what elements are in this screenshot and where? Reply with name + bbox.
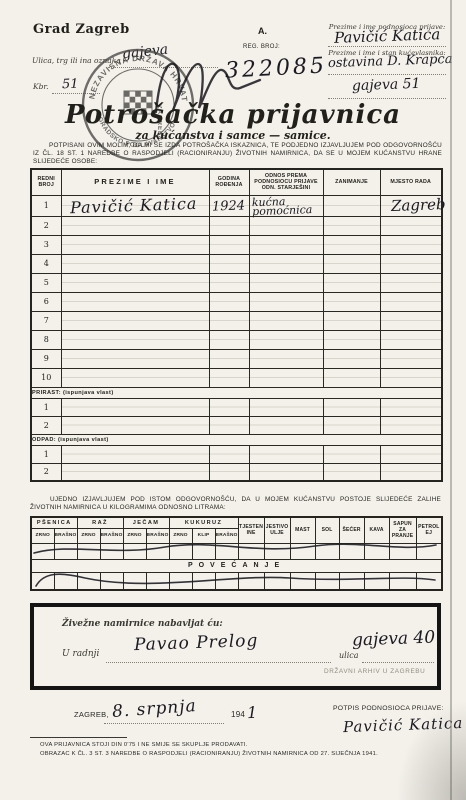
odpad-band-row: ODPAD: (ispunjava vlast) xyxy=(31,434,442,445)
cell xyxy=(380,463,442,481)
cell xyxy=(249,398,323,416)
member-row: 2 xyxy=(31,216,442,235)
cell xyxy=(209,273,249,292)
cell xyxy=(209,235,249,254)
row-number: 10 xyxy=(31,368,61,387)
cell xyxy=(323,311,380,330)
kbr-label: Kbr. xyxy=(33,82,49,91)
odpad-row: 1 xyxy=(31,445,442,463)
row-number: 9 xyxy=(31,349,61,368)
date-writing-line xyxy=(104,723,224,724)
cell xyxy=(61,445,209,463)
cell xyxy=(380,216,442,235)
row-number: 2 xyxy=(31,416,61,434)
cell-name: Pavičić Katica xyxy=(61,195,209,216)
col-header-prezime: PREZIME I IME xyxy=(61,169,209,195)
row-number: 5 xyxy=(31,273,61,292)
scan-corner-smudge xyxy=(396,700,466,800)
cell xyxy=(249,368,323,387)
date-handwriting: 8. srpnja xyxy=(111,696,197,722)
prirast-label: PRIRAST: (ispunjava vlast) xyxy=(31,387,442,398)
col-header-mjesto: MJESTO RADA xyxy=(380,169,442,195)
table-header-row: REDNI BROJ PREZIME I IME GODINA ROĐENJA … xyxy=(31,169,442,195)
cell xyxy=(61,235,209,254)
member-row: 7 xyxy=(31,311,442,330)
footer-note-form: OBRAZAC K ČL. 3 ST. 3 NAREDBE O RASPODJE… xyxy=(40,750,450,759)
cell xyxy=(323,292,380,311)
street2-handwriting: gajeva 40 xyxy=(352,628,436,651)
shop-writing-line xyxy=(106,662,331,663)
cell xyxy=(380,254,442,273)
cell xyxy=(380,330,442,349)
cell xyxy=(323,398,380,416)
cell xyxy=(249,254,323,273)
supplies-declaration-text: UJEDNO IZJAVLJUJEM POD ISTOM ODGOVORNOŠĆ… xyxy=(30,496,441,512)
landlord-writing-line xyxy=(328,74,446,75)
cell xyxy=(380,445,442,463)
cell xyxy=(249,292,323,311)
member-row: 6 xyxy=(31,292,442,311)
row-number: 6 xyxy=(31,292,61,311)
cell xyxy=(209,311,249,330)
street2-writing-line xyxy=(362,662,434,663)
crossed-out-line xyxy=(30,539,441,561)
row-number: 1 xyxy=(31,195,61,216)
shop-handwriting: Pavao Prelog xyxy=(134,631,259,655)
cell xyxy=(61,349,209,368)
cell xyxy=(249,311,323,330)
procurement-box: Živežne namirnice nabavljat ću: U radnji… xyxy=(30,603,441,690)
cell-workplace: Zagreb xyxy=(380,195,442,216)
cell xyxy=(323,416,380,434)
cell xyxy=(209,349,249,368)
cell xyxy=(249,445,323,463)
cell xyxy=(380,416,442,434)
declaration-text: POTPISANI OVIM MOLIM, DA MI SE IZDA POTR… xyxy=(33,142,442,167)
col-header-odnos: ODNOS PREMA PODNOSIOCU PRIJAVE ODN. STAR… xyxy=(249,169,323,195)
cell xyxy=(209,368,249,387)
landlord-handwriting: ostavina D. Krapca xyxy=(328,52,453,71)
member-row: 3 xyxy=(31,235,442,254)
cell xyxy=(323,368,380,387)
cell xyxy=(323,254,380,273)
cell xyxy=(380,235,442,254)
footer-rule xyxy=(30,737,127,738)
cell xyxy=(249,416,323,434)
household-members-table: REDNI BROJ PREZIME I IME GODINA ROĐENJA … xyxy=(30,168,443,482)
cell xyxy=(61,311,209,330)
scan-edge-line xyxy=(450,0,452,800)
cell xyxy=(61,398,209,416)
member-row: 5 xyxy=(31,273,442,292)
footer-note-price: OVA PRIJAVNICA STOJI DIN 0'75 I NE SMIJE… xyxy=(40,741,440,750)
row-number: 7 xyxy=(31,311,61,330)
cell xyxy=(61,292,209,311)
col-header-rednibroj: REDNI BROJ xyxy=(31,169,61,195)
shop-label: U radnji xyxy=(62,649,99,659)
cell xyxy=(323,463,380,481)
cell xyxy=(380,292,442,311)
col-header-zanimanje: ZANIMANJE xyxy=(323,169,380,195)
member-year-handwriting: 1924 xyxy=(211,198,245,214)
cell xyxy=(209,292,249,311)
cell xyxy=(380,368,442,387)
row-number: 1 xyxy=(31,398,61,416)
landlord-address-line xyxy=(328,98,446,99)
member-row: 1 Pavičić Katica 1924 kućna pomoćnica Za… xyxy=(31,195,442,216)
year-handwriting: 1 xyxy=(247,703,258,722)
cell xyxy=(323,349,380,368)
form-subtitle: za kućanstva i samce — samice. xyxy=(0,129,466,142)
cell xyxy=(249,235,323,254)
form-title: Potrošačka prijavnica xyxy=(0,100,466,130)
cell-relation: kućna pomoćnica xyxy=(249,195,323,216)
row-number: 8 xyxy=(31,330,61,349)
year-prefix: 194 xyxy=(231,710,245,719)
prirast-row: 1 xyxy=(31,398,442,416)
row-number: 4 xyxy=(31,254,61,273)
odpad-row: 2 xyxy=(31,463,442,481)
cell xyxy=(209,463,249,481)
cell xyxy=(249,349,323,368)
cell xyxy=(380,398,442,416)
cell xyxy=(380,273,442,292)
group-kukuruz: KUKURUZ xyxy=(169,517,238,528)
cell xyxy=(323,330,380,349)
place-label: ZAGREB, xyxy=(74,710,109,719)
col-header-godina: GODINA ROĐENJA xyxy=(209,169,249,195)
row-number: 2 xyxy=(31,463,61,481)
cell xyxy=(323,235,380,254)
landlord-address-handwriting: gajeva 51 xyxy=(352,76,421,94)
cell xyxy=(61,416,209,434)
archive-stamp-text: DRŽAVNI ARHIV U ZAGREBU xyxy=(324,668,425,675)
member-row: 10 xyxy=(31,368,442,387)
group-raz: RAŽ xyxy=(77,517,123,528)
cell xyxy=(61,330,209,349)
cell xyxy=(380,349,442,368)
row-number: 1 xyxy=(31,445,61,463)
member-workplace-handwriting: Zagreb xyxy=(390,195,445,215)
row-number: 2 xyxy=(31,216,61,235)
supplies-group-header-row: PŠENICA RAŽ JEČAM KUKURUZ TJESTENINE JES… xyxy=(31,517,442,528)
member-row: 4 xyxy=(31,254,442,273)
cell xyxy=(249,463,323,481)
city-name: Grad Zagreb xyxy=(33,22,130,37)
cell xyxy=(249,216,323,235)
cell xyxy=(61,368,209,387)
row-number: 3 xyxy=(31,235,61,254)
prirast-row: 2 xyxy=(31,416,442,434)
group-jecam: JEČAM xyxy=(123,517,169,528)
group-psenica: PŠENICA xyxy=(31,517,77,528)
cell xyxy=(249,273,323,292)
member-relation-handwriting: kućna pomoćnica xyxy=(251,195,320,215)
member-row: 9 xyxy=(31,349,442,368)
cell xyxy=(61,273,209,292)
cell xyxy=(61,216,209,235)
cell xyxy=(209,445,249,463)
member-name-handwriting: Pavičić Katica xyxy=(69,193,197,216)
procurement-intro: Živežne namirnice nabavljat ću: xyxy=(62,619,223,629)
odpad-label: ODPAD: (ispunjava vlast) xyxy=(31,434,442,445)
applicant-handwriting: Pavičić Katica xyxy=(334,25,441,47)
cell xyxy=(61,463,209,481)
cell xyxy=(209,398,249,416)
cell xyxy=(323,216,380,235)
street2-label: ulica xyxy=(339,651,359,660)
cell xyxy=(61,254,209,273)
member-row: 8 xyxy=(31,330,442,349)
cell-occupation xyxy=(323,195,380,216)
cell xyxy=(323,273,380,292)
prirast-band-row: PRIRAST: (ispunjava vlast) xyxy=(31,387,442,398)
cell xyxy=(209,254,249,273)
cell xyxy=(209,216,249,235)
cell xyxy=(380,311,442,330)
crossed-out-line xyxy=(30,568,441,592)
cell xyxy=(323,445,380,463)
scanned-form-page: Grad Zagreb Ulica, trg ili ina oznaka ga… xyxy=(0,0,466,800)
cell-year: 1924 xyxy=(209,195,249,216)
cell xyxy=(209,416,249,434)
cell xyxy=(209,330,249,349)
section-letter: A. xyxy=(258,26,267,36)
cell xyxy=(249,330,323,349)
